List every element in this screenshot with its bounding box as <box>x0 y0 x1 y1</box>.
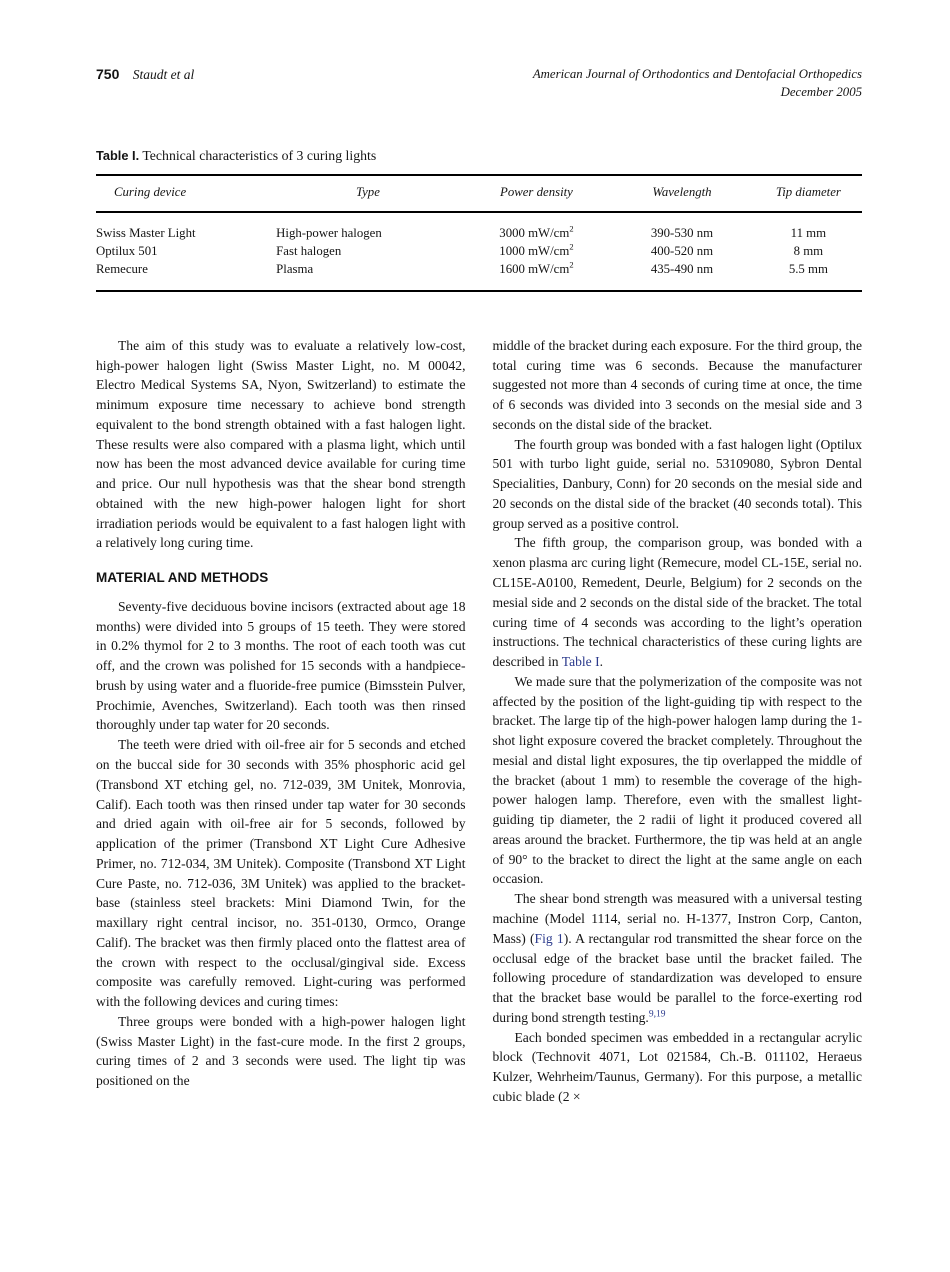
curing-lights-table: Curing device Type Power density Wavelen… <box>96 174 862 292</box>
column-header-type: Type <box>272 175 464 212</box>
journal-page: 750 Staudt et al American Journal of Ort… <box>0 0 950 1272</box>
cell-device: Remecure <box>96 260 272 291</box>
cell-wavelength: 390-530 nm <box>609 212 755 243</box>
section-heading-material-and-methods: MATERIAL AND METHODS <box>96 568 466 588</box>
paragraph-aim: The aim of this study was to evaluate a … <box>96 336 466 553</box>
fig-1-link[interactable]: Fig 1 <box>535 931 564 946</box>
cell-power-density: 1600 mW/cm2 <box>464 260 610 291</box>
table-1-link[interactable]: Table I <box>562 654 600 669</box>
cell-power-density: 3000 mW/cm2 <box>464 212 610 243</box>
running-head-right: American Journal of Orthodontics and Den… <box>533 66 862 102</box>
table-caption: Table I. Technical characteristics of 3 … <box>96 148 862 164</box>
table-row: Remecure Plasma 1600 mW/cm2 435-490 nm 5… <box>96 260 862 291</box>
cell-wavelength: 400-520 nm <box>609 242 755 260</box>
table-caption-text: Technical characteristics of 3 curing li… <box>142 148 376 163</box>
paragraph-shear-test: The shear bond strength was measured wit… <box>493 889 863 1027</box>
column-header-wavelength: Wavelength <box>609 175 755 212</box>
journal-issue-date: December 2005 <box>533 84 862 102</box>
cell-tip-diameter: 5.5 mm <box>755 260 862 291</box>
cell-device: Optilux 501 <box>96 242 272 260</box>
authors-short: Staudt et al <box>133 67 195 82</box>
paragraph-fifth-group: The fifth group, the comparison group, w… <box>493 533 863 671</box>
column-header-tip-diameter: Tip diameter <box>755 175 862 212</box>
table-row: Optilux 501 Fast halogen 1000 mW/cm2 400… <box>96 242 862 260</box>
cell-device: Swiss Master Light <box>96 212 272 243</box>
cell-tip-diameter: 8 mm <box>755 242 862 260</box>
paragraph-specimens: Seventy-five deciduous bovine incisors (… <box>96 597 466 735</box>
paragraph-etching-bonding: The teeth were dried with oil-free air f… <box>96 735 466 1012</box>
left-column: The aim of this study was to evaluate a … <box>96 336 466 1107</box>
paragraph-groups-continued: middle of the bracket during each exposu… <box>493 336 863 435</box>
cell-type: Plasma <box>272 260 464 291</box>
paragraph-polymerization: We made sure that the polymerization of … <box>493 672 863 889</box>
right-column: middle of the bracket during each exposu… <box>493 336 863 1107</box>
journal-title: American Journal of Orthodontics and Den… <box>533 66 862 84</box>
running-head-left: 750 Staudt et al <box>96 66 194 83</box>
paragraph-groups-1: Three groups were bonded with a high-pow… <box>96 1012 466 1091</box>
cell-type: High-power halogen <box>272 212 464 243</box>
table-row: Swiss Master Light High-power halogen 30… <box>96 212 862 243</box>
reference-citation-9-19[interactable]: 9,19 <box>649 1009 666 1019</box>
column-header-power-density: Power density <box>464 175 610 212</box>
article-body: The aim of this study was to evaluate a … <box>96 336 862 1107</box>
cell-type: Fast halogen <box>272 242 464 260</box>
table-label: Table I. <box>96 148 139 163</box>
cell-power-density: 1000 mW/cm2 <box>464 242 610 260</box>
cell-wavelength: 435-490 nm <box>609 260 755 291</box>
page-number: 750 <box>96 66 119 82</box>
table-section: Table I. Technical characteristics of 3 … <box>96 148 862 292</box>
paragraph-embedding: Each bonded specimen was embedded in a r… <box>493 1028 863 1107</box>
cell-tip-diameter: 11 mm <box>755 212 862 243</box>
table-header-row: Curing device Type Power density Wavelen… <box>96 175 862 212</box>
running-head: 750 Staudt et al American Journal of Ort… <box>96 66 862 102</box>
column-header-curing-device: Curing device <box>96 175 272 212</box>
paragraph-fourth-group: The fourth group was bonded with a fast … <box>493 435 863 534</box>
